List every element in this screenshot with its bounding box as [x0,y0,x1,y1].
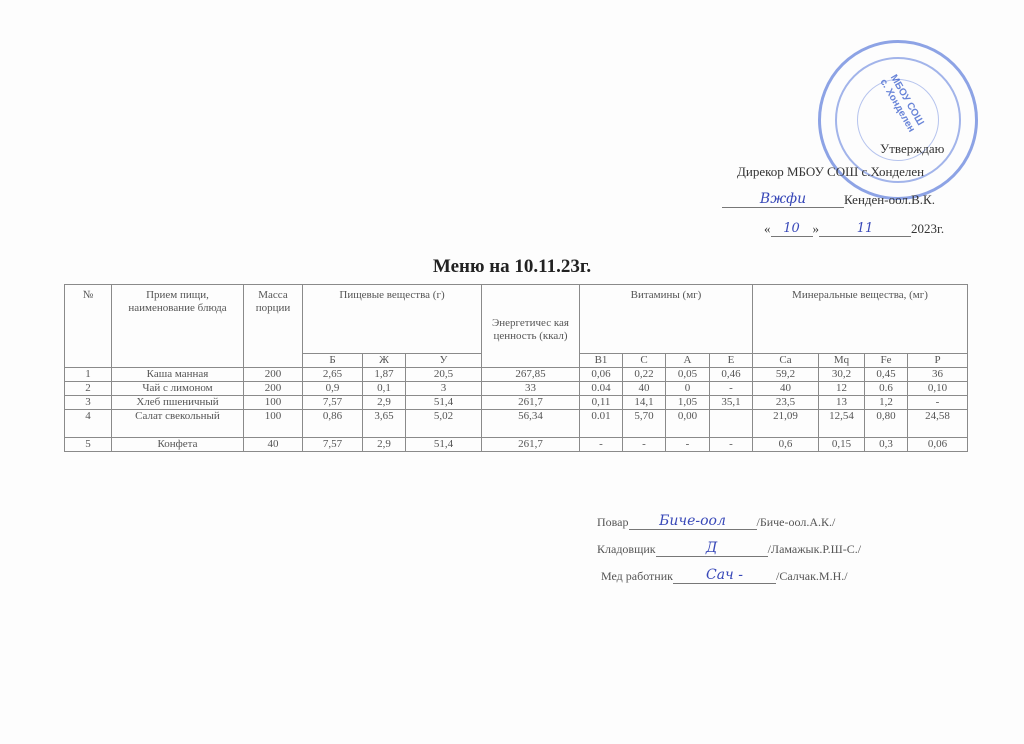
table-cell: 200 [244,368,303,382]
signature-role: Кладовщик [597,542,656,556]
table-cell: 21,09 [753,410,819,438]
table-cell: - [666,438,710,452]
table-cell: 0,10 [908,382,968,396]
day-line: 10 [771,223,813,237]
table-cell: 36 [908,368,968,382]
month-line: 11 [819,223,911,237]
table-cell: 261,7 [482,396,580,410]
header-num: № [65,285,112,368]
table-cell: 100 [244,396,303,410]
table-cell: 0,05 [666,368,710,382]
signature-row: ПоварБиче-оол/Биче-оол.А.К./ [597,515,861,530]
month-value: 11 [819,221,911,236]
table-row: 2Чай с лимоном2000,90,13330.04400-40120.… [65,382,968,396]
director-signature-line: Вжфи [722,194,844,208]
table-cell: 267,85 [482,368,580,382]
table-cell: 13 [819,396,865,410]
table-cell: 3,65 [363,410,406,438]
table-cell: 30,2 [819,368,865,382]
table-cell: 0.6 [865,382,908,396]
table-cell: 24,58 [908,410,968,438]
subheader-cell: Б [303,354,363,368]
table-cell: 7,57 [303,438,363,452]
table-cell: 1,05 [666,396,710,410]
table-cell: 0,46 [710,368,753,382]
approve-label: Утверждаю [880,141,944,157]
signature-row: Мед работникСач -/Салчак.М.Н./ [601,569,861,584]
subheader-cell: У [406,354,482,368]
table-cell: - [710,382,753,396]
signature-role: Повар [597,515,629,529]
subheader-cell: Ca [753,354,819,368]
table-cell: 2,9 [363,438,406,452]
day-value: 10 [771,221,813,236]
header-dish: Прием пищи, наименование блюда [112,285,244,368]
table-cell: 12,54 [819,410,865,438]
handwritten-signature: Д [656,540,768,556]
signature-row: КладовщикД/Ламажык.Р.Ш-С./ [597,542,861,557]
table-cell: 2,65 [303,368,363,382]
table-cell: - [623,438,666,452]
subheader-cell: C [623,354,666,368]
table-cell: - [908,396,968,410]
table-cell: 0,86 [303,410,363,438]
dish-name-cell: Каша манная [112,368,244,382]
table-cell: 0,00 [666,410,710,438]
table-cell: 0,3 [865,438,908,452]
table-cell: 40 [244,438,303,452]
header-nutrients: Пищевые вещества (г) [303,285,482,354]
table-cell: 0,06 [908,438,968,452]
table-cell: 0,1 [363,382,406,396]
director-signature-row: Вжфи Кенден-оол.В.К. [722,192,935,208]
signature-name: /Ламажык.Р.Ш-С./ [768,542,861,556]
subheader-cell: Mq [819,354,865,368]
dish-name-cell: Чай с лимоном [112,382,244,396]
table-cell: 1,2 [865,396,908,410]
table-cell: - [580,438,623,452]
table-cell: 4 [65,410,112,438]
director-name: Кенден-оол.В.К. [844,192,935,207]
page-title: Меню на 10.11.23г. [0,256,1024,278]
subheader-cell: E [710,354,753,368]
table-cell: 0.04 [580,382,623,396]
table-cell: 1 [65,368,112,382]
table-cell: 14,1 [623,396,666,410]
table-cell: 51,4 [406,396,482,410]
header-minerals: Минеральные вещества, (мг) [753,285,968,354]
director-signature: Вжфи [722,191,844,207]
dish-name-cell: Салат свекольный [112,410,244,438]
signature-line: Д [656,543,768,557]
year-value: 2023г. [911,221,944,236]
dish-name-cell: Хлеб пшеничный [112,396,244,410]
signature-name: /Биче-оол.А.К./ [757,515,836,529]
table-cell: 0,15 [819,438,865,452]
table-cell: 20,5 [406,368,482,382]
table-cell: 1,87 [363,368,406,382]
table-cell: 56,34 [482,410,580,438]
table-row: 5Конфета407,572,951,4261,7----0,60,150,3… [65,438,968,452]
header-mass: Масса порции [244,285,303,368]
table-cell: 2 [65,382,112,396]
table-cell: 0,22 [623,368,666,382]
subheader-cell: Ж [363,354,406,368]
table-cell: 200 [244,382,303,396]
table-cell: 2,9 [363,396,406,410]
table-row: 4Салат свекольный1000,863,655,0256,340.0… [65,410,968,438]
signature-role: Мед работник [601,569,673,583]
table-cell: 3 [406,382,482,396]
table-cell: 5,70 [623,410,666,438]
subheader-cell: A [666,354,710,368]
table-cell: 40 [623,382,666,396]
dish-name-cell: Конфета [112,438,244,452]
table-cell: - [710,438,753,452]
table-cell: 23,5 [753,396,819,410]
header-vitamins: Витамины (мг) [580,285,753,354]
table-cell: 5 [65,438,112,452]
table-cell: 3 [65,396,112,410]
table-cell: 0,45 [865,368,908,382]
table-body: 1Каша манная2002,651,8720,5267,850,060,2… [65,368,968,452]
table-cell: 0,6 [753,438,819,452]
table-cell: 0,80 [865,410,908,438]
table-cell [710,410,753,438]
subheader-cell: Fe [865,354,908,368]
approval-date: «10»112023г. [764,221,944,237]
table-cell: 0 [666,382,710,396]
table-cell: 33 [482,382,580,396]
subheader-cell: B1 [580,354,623,368]
director-line: Дирекор МБОУ СОШ с.Хонделен [737,164,924,180]
table-cell: 0.01 [580,410,623,438]
table-cell: 12 [819,382,865,396]
table-cell: 0,11 [580,396,623,410]
table-cell: 40 [753,382,819,396]
table-cell: 59,2 [753,368,819,382]
handwritten-signature: Сач - [673,567,776,583]
subheader-cell: P [908,354,968,368]
signature-line: Сач - [673,570,776,584]
handwritten-signature: Биче-оол [629,513,757,529]
table-cell: 261,7 [482,438,580,452]
table-cell: 35,1 [710,396,753,410]
table-cell: 0,06 [580,368,623,382]
table-cell: 5,02 [406,410,482,438]
table-cell: 100 [244,410,303,438]
table-cell: 7,57 [303,396,363,410]
menu-table: № Прием пищи, наименование блюда Масса п… [64,284,968,452]
table-row: 1Каша манная2002,651,8720,5267,850,060,2… [65,368,968,382]
table-cell: 0,9 [303,382,363,396]
table-cell: 51,4 [406,438,482,452]
header-energy: Энергетичес кая ценность (ккал) [482,285,580,368]
table-row: 3Хлеб пшеничный1007,572,951,4261,70,1114… [65,396,968,410]
signature-name: /Салчак.М.Н./ [776,569,848,583]
signature-line: Биче-оол [629,516,757,530]
signatures-block: ПоварБиче-оол/Биче-оол.А.К./КладовщикД/Л… [597,515,861,596]
